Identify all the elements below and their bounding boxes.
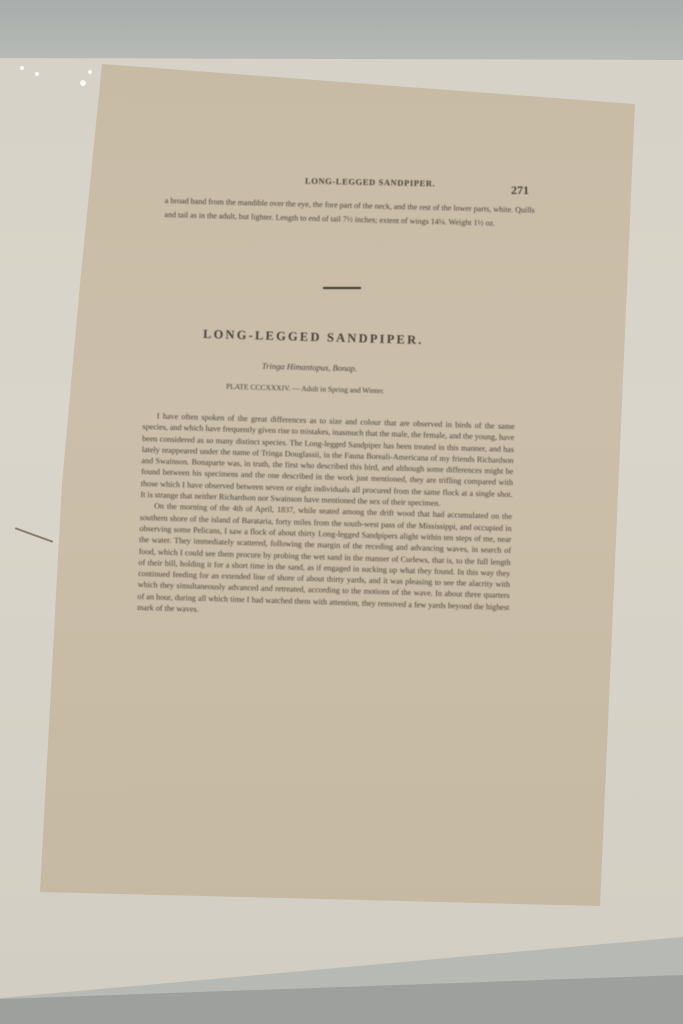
body-paragraph: I have often spoken of the great differe… [140,410,515,511]
previous-entry-text: a broad band from the mandible over the … [164,194,535,231]
body-paragraph: On the morning of the 4th of April, 1837… [137,500,512,624]
section-divider [323,287,361,289]
running-head: LONG-LEGGED SANDPIPER. [305,176,436,189]
plate-caption: PLATE CCCXXXIV. — Adult in Spring and Wi… [226,382,385,395]
entry-title: LONG-LEGGED SANDPIPER. [203,327,424,348]
entry-body: I have often spoken of the great differe… [137,410,515,624]
page-number: 271 [511,183,529,198]
latin-name: Tringa Himantopus, Bonap. [262,361,357,374]
page-content: LONG-LEGGED SANDPIPER. 271 a broad band … [0,0,683,1024]
previous-entry-paragraph: a broad band from the mandible over the … [164,194,535,231]
